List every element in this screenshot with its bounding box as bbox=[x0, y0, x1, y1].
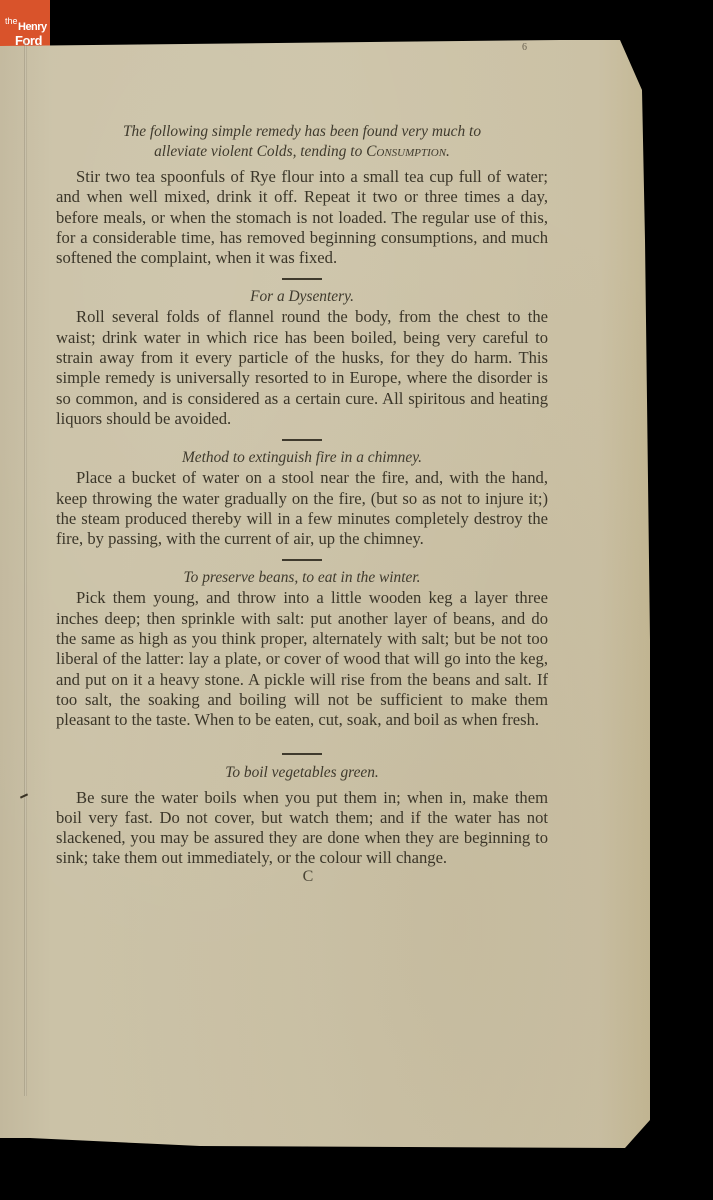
section-divider bbox=[282, 559, 322, 561]
spacer bbox=[56, 731, 548, 743]
section-boil-vegetables: To boil vegetables green. Be sure the wa… bbox=[56, 763, 548, 869]
section-body: Place a bucket of water on a stool near … bbox=[56, 468, 548, 549]
section-chimney-fire: Method to extinguish fire in a chimney. … bbox=[56, 448, 548, 549]
section-heading: To boil vegetables green. bbox=[56, 763, 548, 783]
heading-line-2-text: alleviate violent Colds, tending to bbox=[154, 143, 366, 160]
section-divider bbox=[282, 439, 322, 441]
logo-text-henry: Henry bbox=[18, 22, 47, 33]
section-body: Roll several folds of flannel round the … bbox=[56, 307, 548, 429]
section-divider bbox=[282, 753, 322, 755]
section-body: Pick them young, and throw into a little… bbox=[56, 588, 548, 730]
section-heading: Method to extinguish fire in a chimney. bbox=[56, 448, 548, 468]
heading-consumption-smallcaps: Consumption. bbox=[366, 143, 450, 160]
section-body: Be sure the water boils when you put the… bbox=[56, 788, 548, 869]
logo-text-the: the bbox=[5, 17, 18, 26]
logo-text-ford: Ford bbox=[15, 34, 42, 47]
section-heading: To preserve beans, to eat in the winter. bbox=[56, 568, 548, 588]
heading-line-2: alleviate violent Colds, tending to Cons… bbox=[56, 142, 548, 162]
page-text-block: The following simple remedy has been fou… bbox=[56, 122, 548, 887]
section-body: Stir two tea spoonfuls of Rye flour into… bbox=[56, 167, 548, 268]
section-heading: For a Dysentery. bbox=[56, 287, 548, 307]
heading-line-1: The following simple remedy has been fou… bbox=[56, 122, 548, 142]
page-mark: 6 bbox=[522, 42, 527, 53]
signature-mark: C bbox=[56, 867, 548, 887]
section-dysentery: For a Dysentery. Roll several folds of f… bbox=[56, 287, 548, 429]
section-divider bbox=[282, 278, 322, 280]
section-preserve-beans: To preserve beans, to eat in the winter.… bbox=[56, 568, 548, 730]
section-consumption-remedy: The following simple remedy has been fou… bbox=[56, 122, 548, 268]
page-gutter-crease bbox=[24, 40, 27, 1096]
section-heading: The following simple remedy has been fou… bbox=[56, 122, 548, 162]
